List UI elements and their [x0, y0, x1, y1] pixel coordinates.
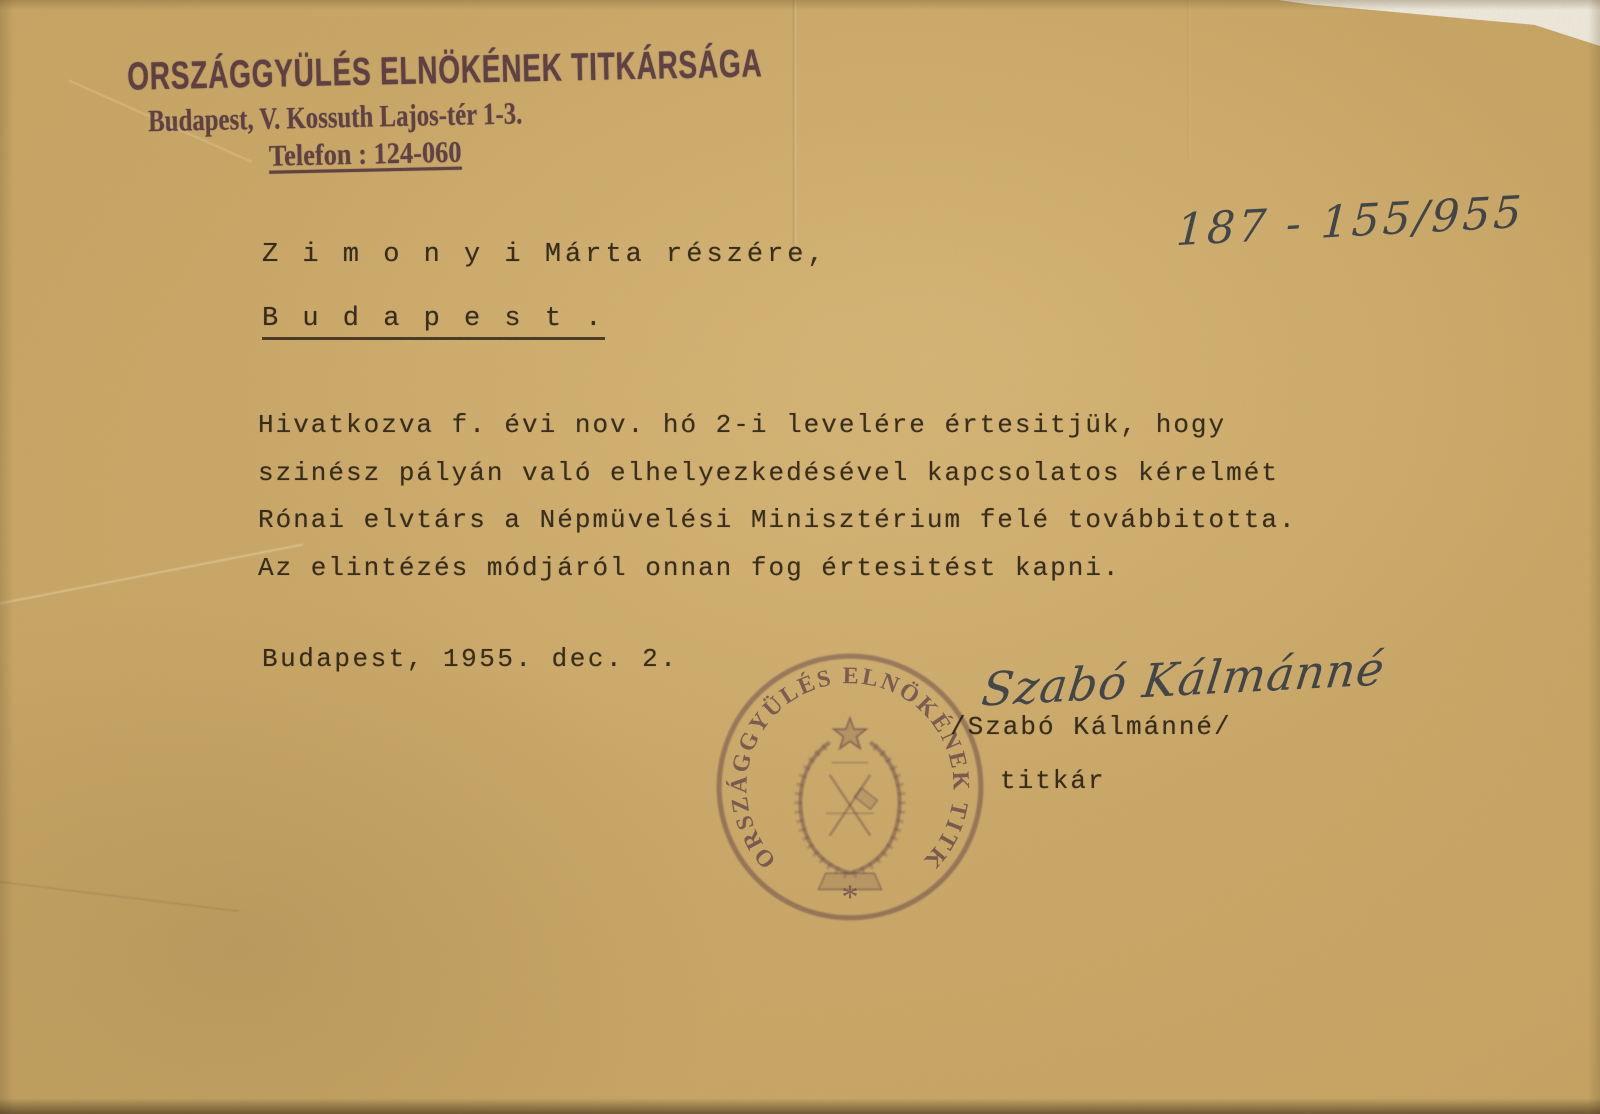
torn-paper-corner: [1272, 0, 1600, 46]
office-stamp-org-name: ORSZÁGGYÜLÉS ELNÖKÉNEK TITKÁRSÁGA: [127, 48, 517, 100]
body-line-1: Hivatkozva f. évi nov. hó 2-i levelére é…: [258, 402, 1297, 450]
paper-crease: [0, 880, 239, 912]
seal-hammer-head: [854, 788, 877, 809]
paper-crease: [1188, 0, 1190, 160]
recipient-name: Z i m o n y i Márta részére,: [262, 240, 828, 270]
seal-wreath-right-ticks: [852, 746, 902, 875]
seal-ring-text-path: ORSZÁGGYÜLÉS ELNÖKÉNEK TITKÁRSÁGA: [708, 645, 974, 875]
body-line-4: Az elintézés módjáról onnan fog értesité…: [258, 545, 1297, 593]
paper-crease: [793, 0, 796, 258]
handwritten-signature: Szabó Kálmánné: [979, 641, 1388, 717]
letter-body: Hivatkozva f. évi nov. hó 2-i levelére é…: [258, 402, 1297, 592]
typed-signature-name: /Szabó Kálmánné/: [950, 712, 1232, 742]
paper-edge-shadow: [1588, 0, 1600, 1114]
body-line-2: szinész pályán való elhelyezkedésével ka…: [258, 450, 1297, 498]
paper-edge-shadow: [0, 0, 14, 1114]
dateline: Budapest, 1955. dec. 2.: [262, 644, 678, 674]
body-line-3: Rónai elvtárs a Népmüvelési Minisztérium…: [258, 497, 1297, 545]
typed-signature-title: titkár: [1000, 766, 1106, 796]
seal-bottom-asterisk: *: [841, 879, 858, 917]
seal-wreath-left-ticks: [798, 746, 848, 875]
recipient-city-underlined: B u d a p e s t .: [262, 304, 605, 340]
handwritten-reference-number: 187 - 155/955: [1175, 187, 1526, 256]
office-stamp-phone: Telefon : 124-060: [269, 132, 622, 173]
office-address-stamp: ORSZÁGGYÜLÉS ELNÖKÉNEK TITKÁRSÁGA Budape…: [127, 44, 669, 176]
recipient-city: B u d a p e s t .: [262, 304, 605, 334]
paper-edge-shadow: [0, 1098, 1600, 1114]
seal-star-icon: [834, 718, 866, 748]
office-stamp-address: Budapest, V. Kossuth Lajos-tér 1-3.: [148, 95, 565, 140]
scanned-letter: ORSZÁGGYÜLÉS ELNÖKÉNEK TITKÁRSÁGA Budape…: [0, 0, 1600, 1114]
round-official-seal: ORSZÁGGYÜLÉS ELNÖKÉNEK TITKÁRSÁGA *: [708, 645, 992, 929]
